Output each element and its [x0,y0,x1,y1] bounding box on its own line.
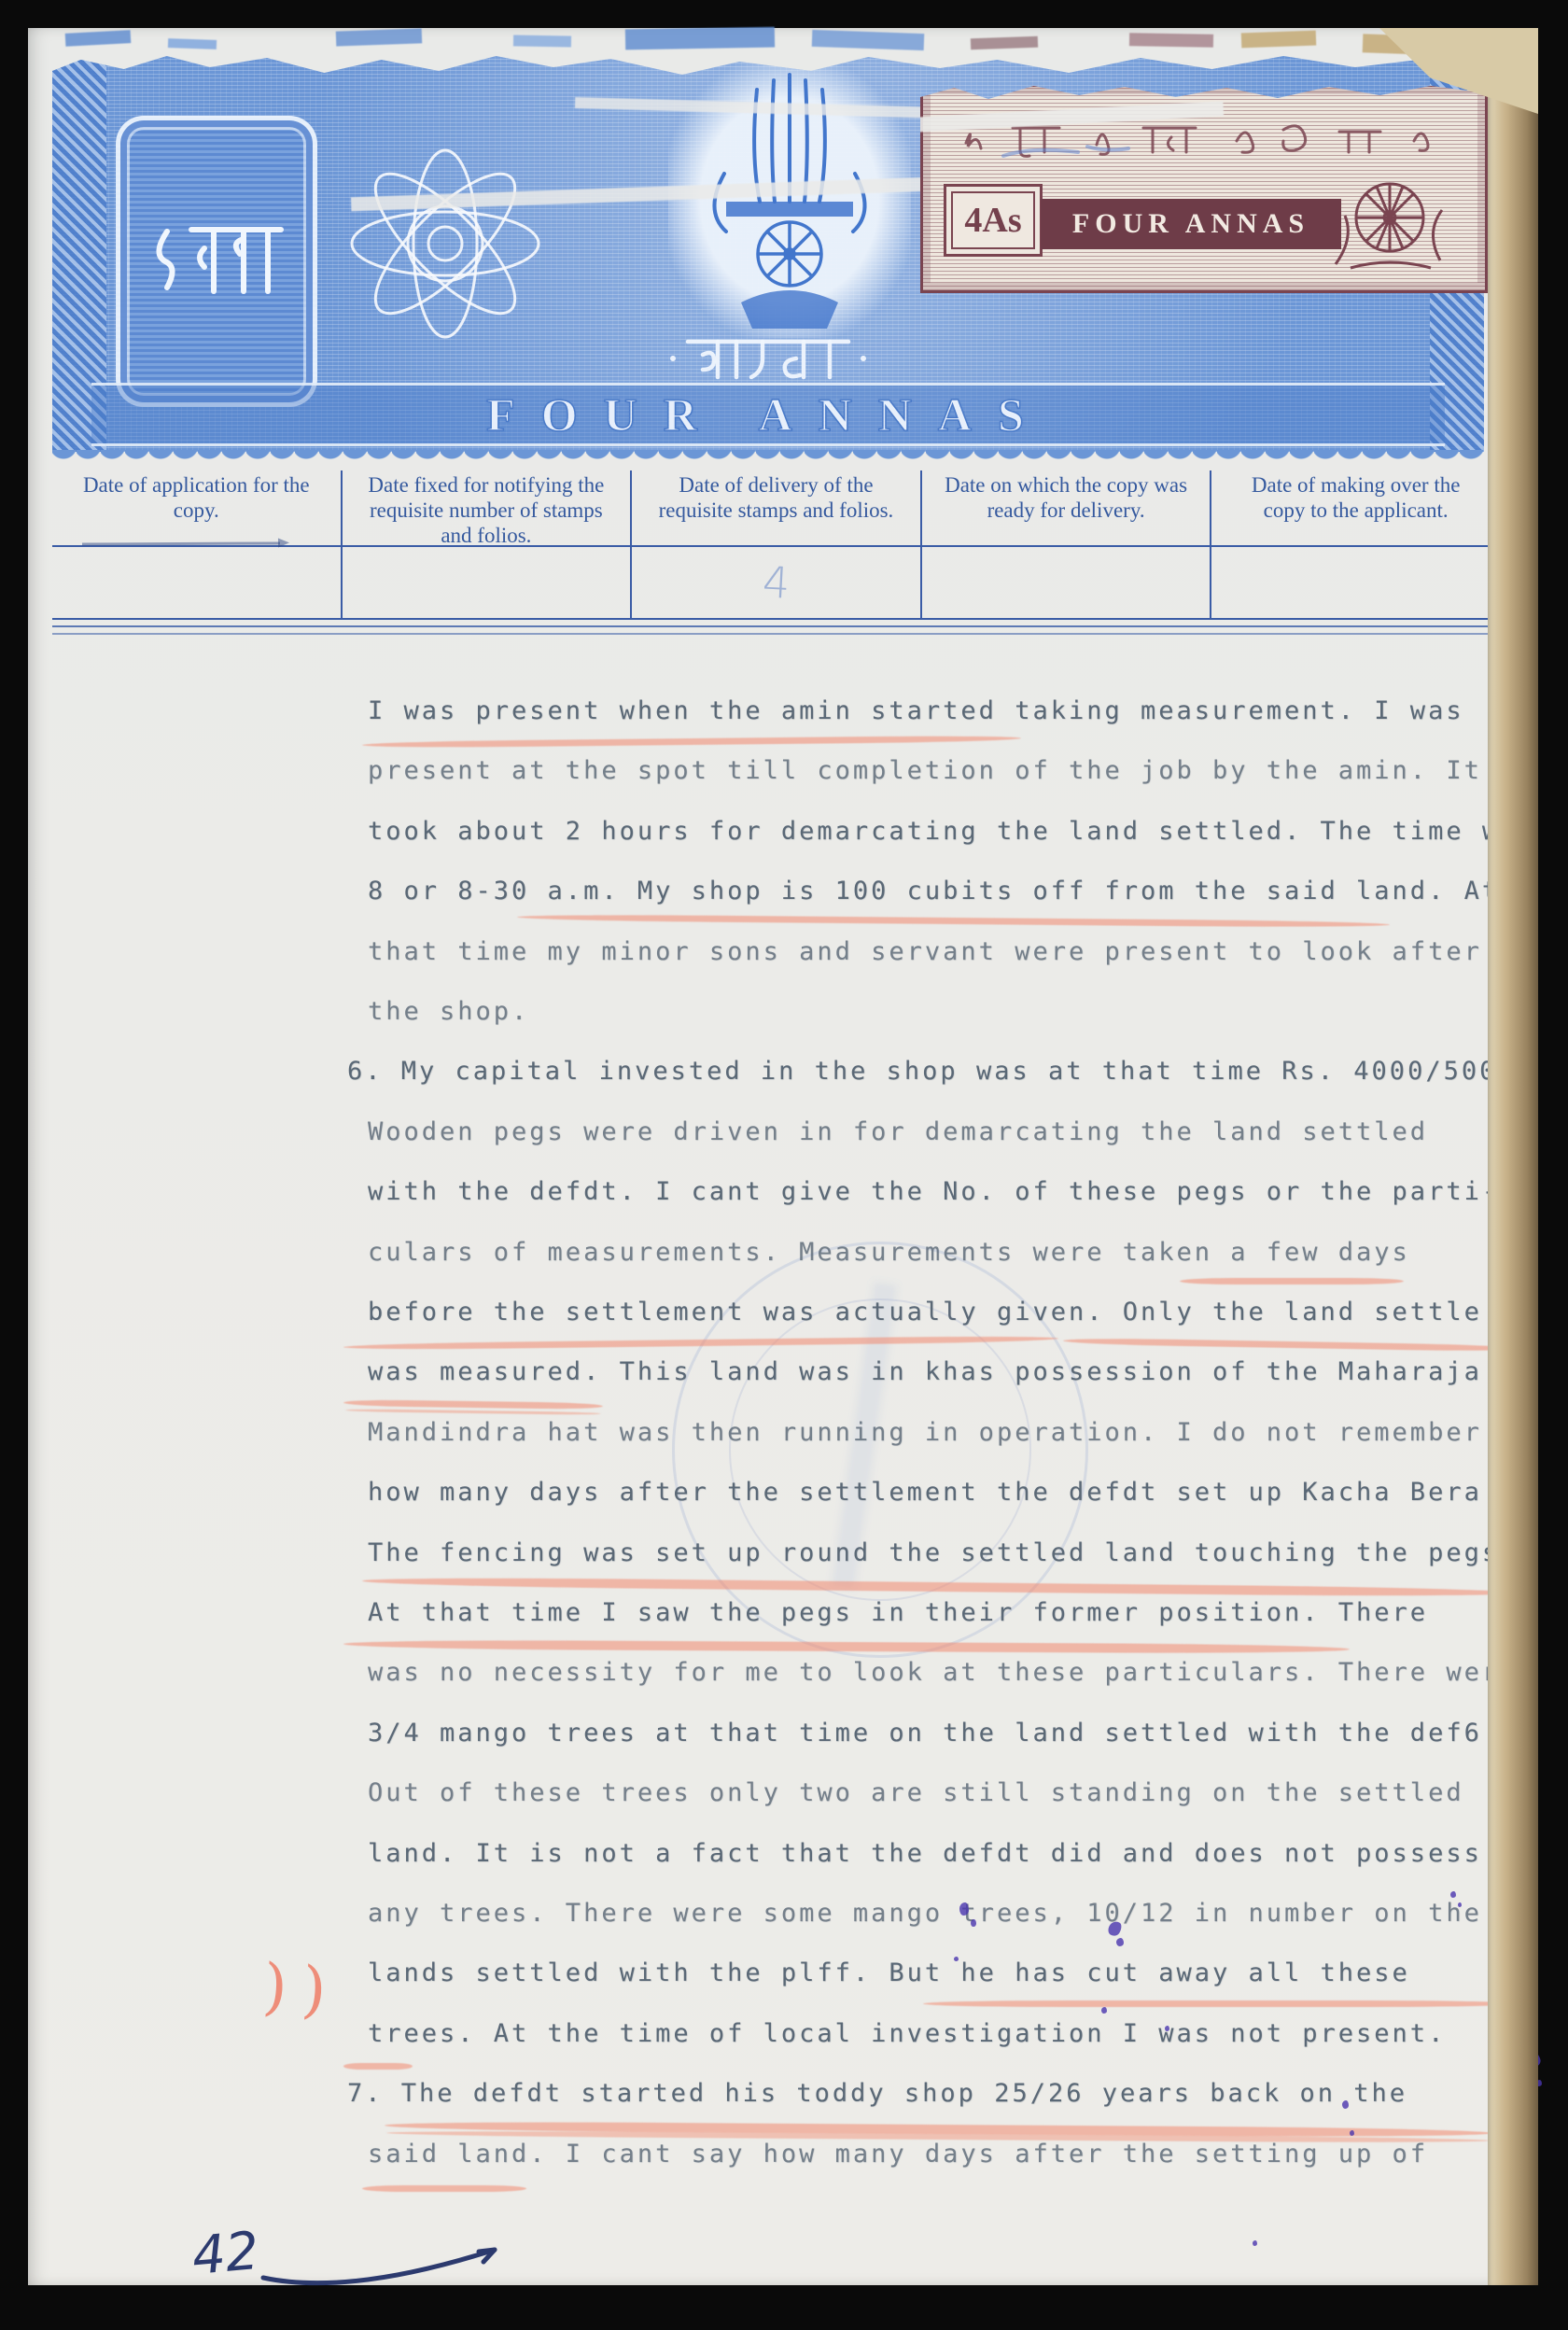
cell-empty [920,547,1211,618]
typed-line: At that time I saw the pegs in their for… [368,1598,1428,1639]
ink-blot [954,1957,959,1961]
four-annas-label-brown: FOUR ANNAS [1072,208,1309,240]
typed-line: was no necessity for me to look at these… [368,1658,1518,1699]
ink-blot [959,1902,969,1916]
cell-empty [341,547,631,618]
typed-line: took about 2 hours for demarcating the l… [368,817,1536,858]
typed-line: the shop. [368,997,529,1038]
typed-line: The fencing was set up round the settled… [368,1538,1518,1579]
denomination-badge: 4As [944,184,1043,257]
deposition-text: I was present when the amin started taki… [368,696,1551,2209]
typed-line: 3/4 mango trees at that time on the land… [368,1719,1500,1760]
bharat-script [52,334,1484,383]
header-date-application: Date of application for the copy. [52,470,341,545]
arrow-stroke [250,2229,530,2295]
book-page-edge [1488,28,1538,2285]
typed-line: Wooden pegs were driven in for demarcati… [368,1117,1428,1158]
chariot-wheel-motif [1323,167,1453,279]
ink-blot [1165,2026,1169,2031]
header-date-making-over: Date of making over the copy to the appl… [1210,470,1500,545]
cell-stamps-count: 4 [630,547,920,618]
stamp-scalloped-edge [52,450,1484,467]
red-margin-marks: )) [260,1950,343,2028]
table-double-rule [52,625,1500,627]
typed-line: that time my minor sons and servant were… [368,937,1482,978]
ink-blot [1101,2007,1107,2014]
cell-empty [52,547,341,618]
ink-blot [1458,1902,1462,1907]
ink-blot [1342,2100,1349,2109]
typed-line: present at the spot till completion of t… [368,756,1482,797]
handwritten-footer-note: 42 [192,2224,259,2284]
four-annas-band-brown: FOUR ANNAS [1041,199,1341,249]
badge-label: 4As [964,200,1021,241]
typed-line: was measured. This land was in khas poss… [368,1357,1500,1398]
typed-line: Mandindra hat was then running in operat… [368,1418,1482,1459]
ink-blot [1116,1938,1124,1946]
paper: FOUR ANNAS [28,28,1538,2285]
devanagari-4-anna-script [147,217,287,306]
typed-line: any trees. There were some mango trees, … [368,1899,1482,1940]
rosette-ornament [329,127,562,360]
typed-line: how many days after the settlement the d… [368,1478,1500,1519]
typed-line: with the defdt. I cant give the No. of t… [368,1177,1500,1218]
typed-line: 6. My capital invested in the shop was a… [347,1057,1516,1098]
table-data-row: 4 [52,547,1500,620]
handwritten-stamps-count: 4 [761,556,791,609]
table-header-row: Date of application for the copy. Date f… [52,470,1500,545]
ink-blot [971,1919,976,1927]
cell-empty [1210,547,1500,618]
typed-line: I was present when the amin started taki… [368,696,1464,737]
typed-line: said land. I cant say how many days afte… [368,2140,1428,2181]
typed-line: lands settled with the plff. But he has … [368,1958,1410,2000]
table-double-rule [52,633,1500,635]
typed-line: Out of these trees only two are still st… [368,1778,1464,1819]
typed-line: before the settlement was actually given… [368,1298,1482,1339]
copy-issue-table: Date of application for the copy. Date f… [52,470,1500,620]
header-date-delivery-stamps: Date of delivery of the requisite stamps… [630,470,920,545]
ink-blot [1450,1891,1456,1898]
ink-blot [1253,2240,1257,2246]
typed-line: 7. The defdt started his toddy shop 25/2… [347,2079,1407,2120]
four-annas-band: FOUR ANNAS [91,383,1445,446]
ink-blot [1350,2130,1354,2136]
scanned-page: FOUR ANNAS [0,0,1568,2330]
header-date-fixed: Date fixed for notifying the requisite n… [341,470,631,545]
typed-line: land. It is not a fact that the defdt di… [368,1839,1482,1880]
brown-revenue-stamp: 4As FOUR ANNAS [920,84,1488,293]
typed-line: trees. At the time of local investigatio… [368,2019,1446,2060]
typed-line: 8 or 8-30 a.m. My shop is 100 cubits off… [368,877,1500,918]
four-annas-label: FOUR ANNAS [486,387,1050,442]
header-date-copy-ready: Date on which the copy was ready for del… [920,470,1211,545]
typed-line: culars of measurements. Measurements wer… [368,1238,1410,1279]
